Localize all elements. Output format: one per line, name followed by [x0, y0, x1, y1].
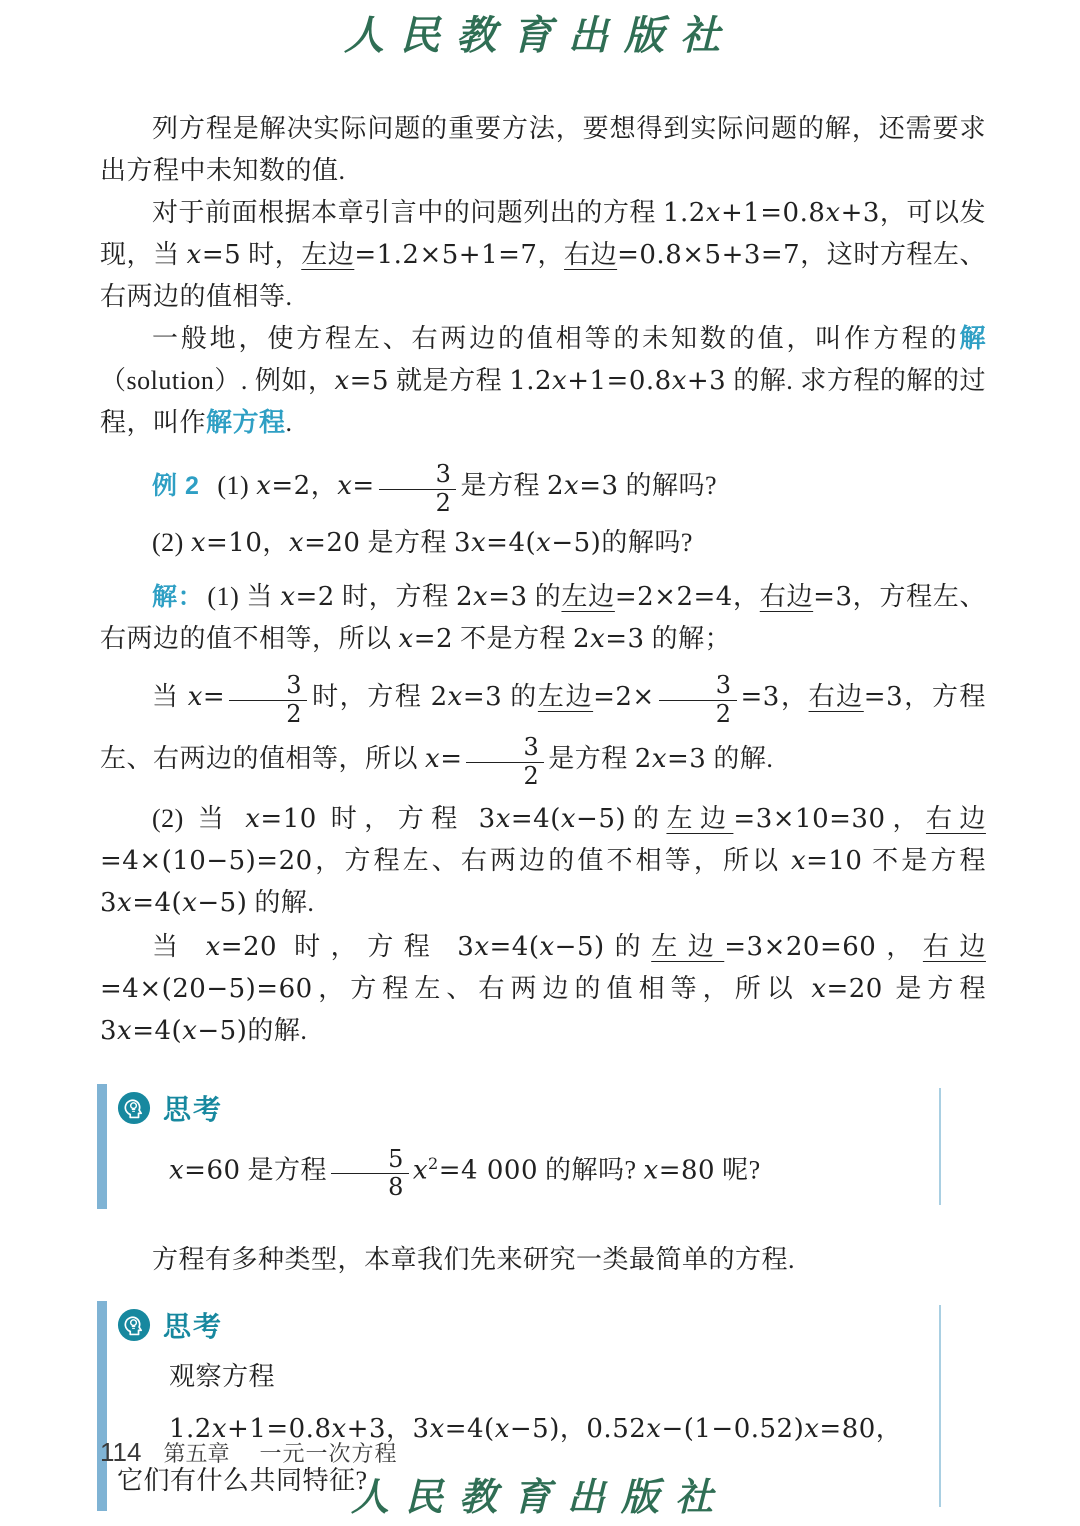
think-header: 思考: [117, 1305, 941, 1345]
page-content: 列方程是解决实际问题的重要方法，要想得到实际问题的解，还需要求出方程中未知数的值…: [0, 108, 1080, 1513]
example2-question1: 例 2(1) x=2，x=32是方程 2x=3 的解吗?: [100, 454, 986, 518]
think-header: 思考: [117, 1088, 941, 1128]
lightbulb-head-icon: [117, 1308, 151, 1342]
solution-part2-x20: 当 x=20 时，方程 3x=4(x−5)的左边=3×20=60，右边=4×(2…: [100, 926, 986, 1052]
solution-part1-fraction-case: 当 x=32时，方程 2x=3 的左边=2×32=3，右边=3，方程左、右两边的…: [100, 666, 986, 790]
publisher-logo-top: 人民教育出版社: [0, 8, 1080, 64]
think-title: 思考: [163, 1088, 223, 1128]
paragraph-definition-solution: 一般地，使方程左、右两边的值相等的未知数的值，叫作方程的解（solution）.…: [100, 318, 986, 444]
page-footer: 114 第五章 一元一次方程: [100, 1437, 397, 1468]
think-box-1: 思考 x=60 是方程58x2=4 000 的解吗? x=80 呢?: [97, 1082, 941, 1211]
think-right-rule: [939, 1088, 941, 1205]
think-title: 思考: [163, 1305, 223, 1345]
paragraph-transition: 方程有多种类型，本章我们先来研究一类最简单的方程.: [100, 1239, 986, 1281]
publisher-logo-bottom: 人民教育出版社: [0, 1466, 1080, 1521]
think1-question: x=60 是方程58x2=4 000 的解吗? x=80 呢?: [117, 1134, 941, 1201]
textbook-page: { "page": { "publisher": "人民教育出版社" }, "c…: [0, 0, 1080, 1526]
page-number: 114: [100, 1437, 141, 1468]
chapter-title: 一元一次方程: [259, 1437, 397, 1468]
solution-part2-x10: (2) 当 x=10 时，方程 3x=4(x−5)的左边=3×10=30，右边=…: [100, 798, 986, 924]
example2-question2: (2) x=10，x=20 是方程 3x=4(x−5)的解吗?: [100, 522, 986, 564]
solution-part1: 解：(1) 当 x=2 时，方程 2x=3 的左边=2×2=4，右边=3，方程左…: [100, 576, 986, 660]
lightbulb-head-icon: [117, 1091, 151, 1125]
paragraph-intro: 列方程是解决实际问题的重要方法，要想得到实际问题的解，还需要求出方程中未知数的值…: [100, 108, 986, 192]
think2-observe-line: 观察方程: [117, 1355, 941, 1399]
think-left-bar: [97, 1084, 107, 1209]
paragraph-equation-example: 对于前面根据本章引言中的问题列出的方程 1.2x+1=0.8x+3，可以发现，当…: [100, 192, 986, 318]
chapter-label: 第五章: [163, 1437, 229, 1468]
